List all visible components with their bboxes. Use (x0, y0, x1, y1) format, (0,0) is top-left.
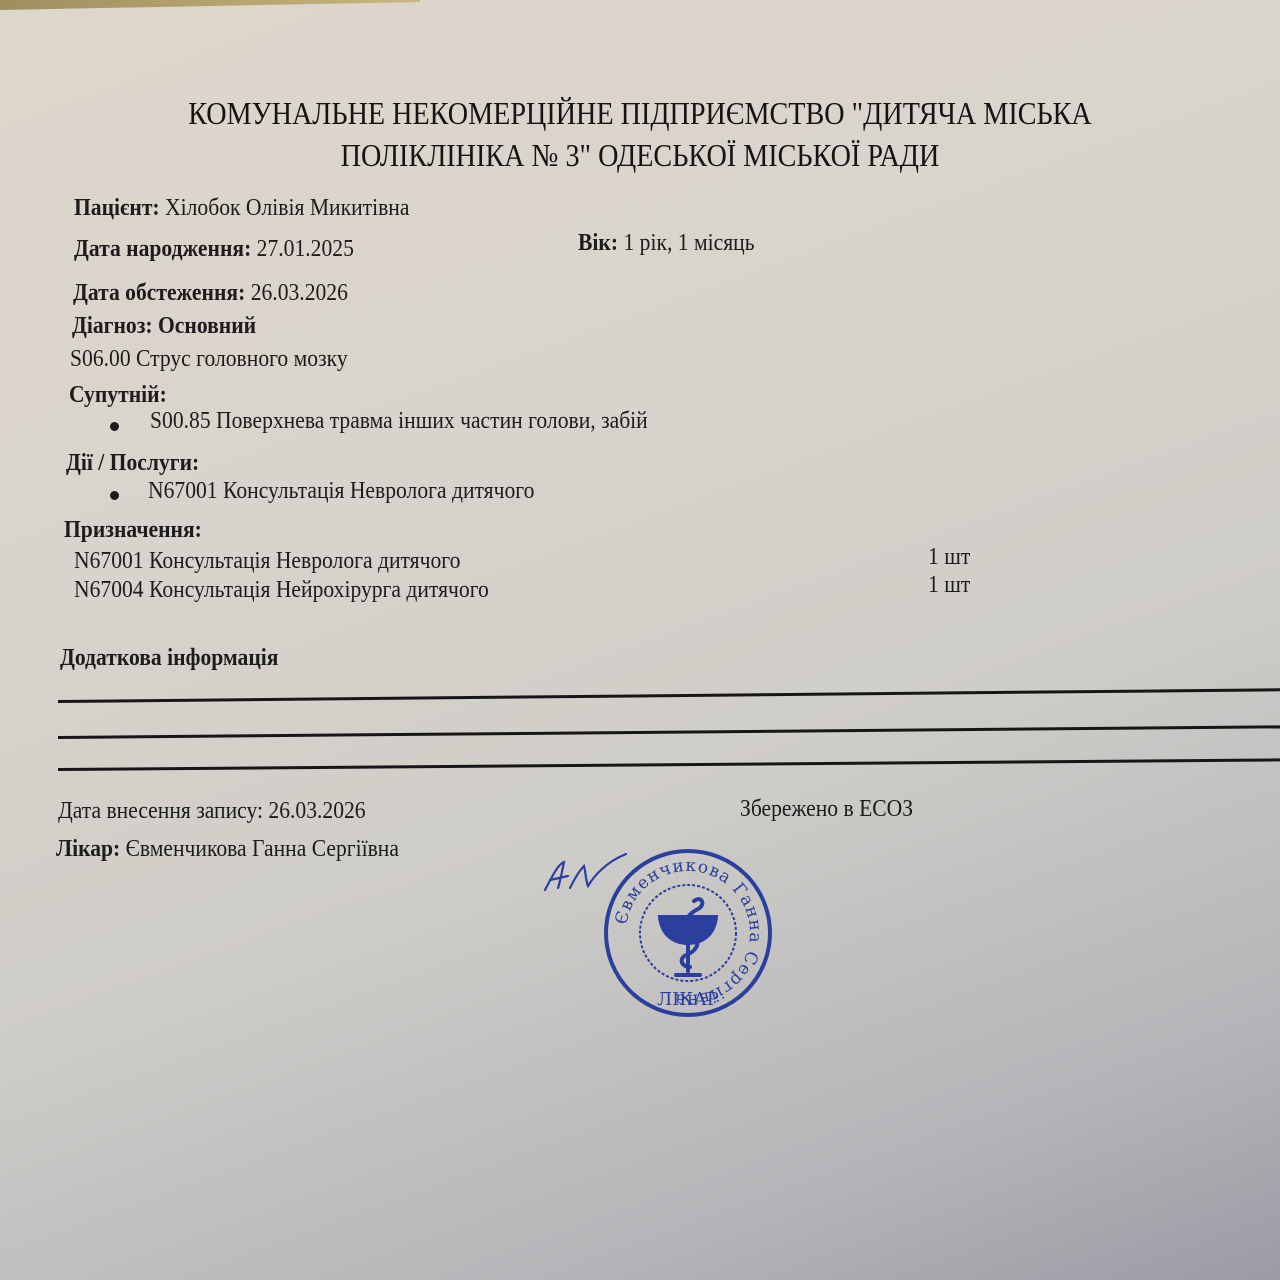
bullet-icon (110, 491, 119, 500)
prescription-item-qty: 1 шт (928, 572, 970, 599)
age-row: Вік: 1 рік, 1 місяць (578, 230, 755, 257)
saved-status: Збережено в ЕСОЗ (740, 796, 913, 823)
entry-date-row: Дата внесення запису: 26.03.2026 (58, 798, 366, 825)
secondary-diagnosis-label: Супутній: (69, 382, 167, 409)
prescription-item-qty: 1 шт (928, 544, 970, 571)
caduceus-icon (660, 899, 716, 975)
service-item: N67001 Консультація Невролога дитячого (148, 478, 534, 505)
title-line-2: ПОЛІКЛІНІКА № 3" ОДЕСЬКОЇ МІСЬКОЇ РАДИ (147, 134, 1133, 176)
title-line-1: КОМУНАЛЬНЕ НЕКОМЕРЦІЙНЕ ПІДПРИЄМСТВО "ДИ… (147, 92, 1133, 134)
additional-info-line (58, 725, 1280, 739)
dob-row: Дата народження: 27.01.2025 (74, 236, 354, 263)
stamp-bottom-text: ЛІКАР (657, 989, 719, 1010)
entry-date-value: 26.03.2026 (268, 798, 365, 824)
diagnosis-type: Основний (158, 313, 256, 339)
prescription-item-name: N67004 Консультація Нейрохірурга дитячог… (74, 577, 489, 604)
additional-info-line (58, 758, 1280, 771)
exam-date-row: Дата обстеження: 26.03.2026 (73, 280, 348, 307)
bullet-icon (110, 422, 119, 431)
age-value: 1 рік, 1 місяць (623, 230, 754, 256)
additional-info-line (58, 688, 1280, 703)
diagnosis-row: Діагноз: Основний (72, 313, 256, 340)
prescription-item-name: N67001 Консультація Невролога дитячого (74, 548, 460, 575)
doctor-row: Лікар: Євменчикова Ганна Сергіївна (56, 836, 399, 863)
services-label: Дії / Послуги: (66, 450, 199, 477)
exam-date-label: Дата обстеження: (73, 280, 245, 306)
document-title: КОМУНАЛЬНЕ НЕКОМЕРЦІЙНЕ ПІДПРИЄМСТВО "ДИ… (147, 92, 1133, 176)
main-diagnosis: S06.00 Струс головного мозку (70, 346, 348, 373)
patient-row: Пацієнт: Хілобок Олівія Микитівна (74, 195, 409, 222)
secondary-diagnosis-item: S00.85 Поверхнева травма інших частин го… (150, 408, 648, 435)
doctor-name: Євменчикова Ганна Сергіївна (126, 836, 399, 862)
prescriptions-label: Призначення: (64, 517, 202, 544)
exam-date-value: 26.03.2026 (251, 280, 348, 306)
doctor-label: Лікар: (56, 836, 120, 862)
medical-record-document: КОМУНАЛЬНЕ НЕКОМЕРЦІЙНЕ ПІДПРИЄМСТВО "ДИ… (0, 0, 1280, 1280)
dob-value: 27.01.2025 (257, 236, 354, 262)
entry-date-label: Дата внесення запису: (58, 798, 263, 824)
doctor-stamp: Євменчикова Ганна Сергіївна ЛІКАР (598, 843, 778, 1023)
dob-label: Дата народження: (74, 236, 251, 262)
patient-name: Хілобок Олівія Микитівна (165, 195, 409, 221)
patient-label: Пацієнт: (74, 195, 160, 221)
age-label: Вік: (578, 230, 618, 256)
additional-info-label: Додаткова інформація (60, 645, 278, 672)
diagnosis-label: Діагноз: (72, 313, 153, 339)
